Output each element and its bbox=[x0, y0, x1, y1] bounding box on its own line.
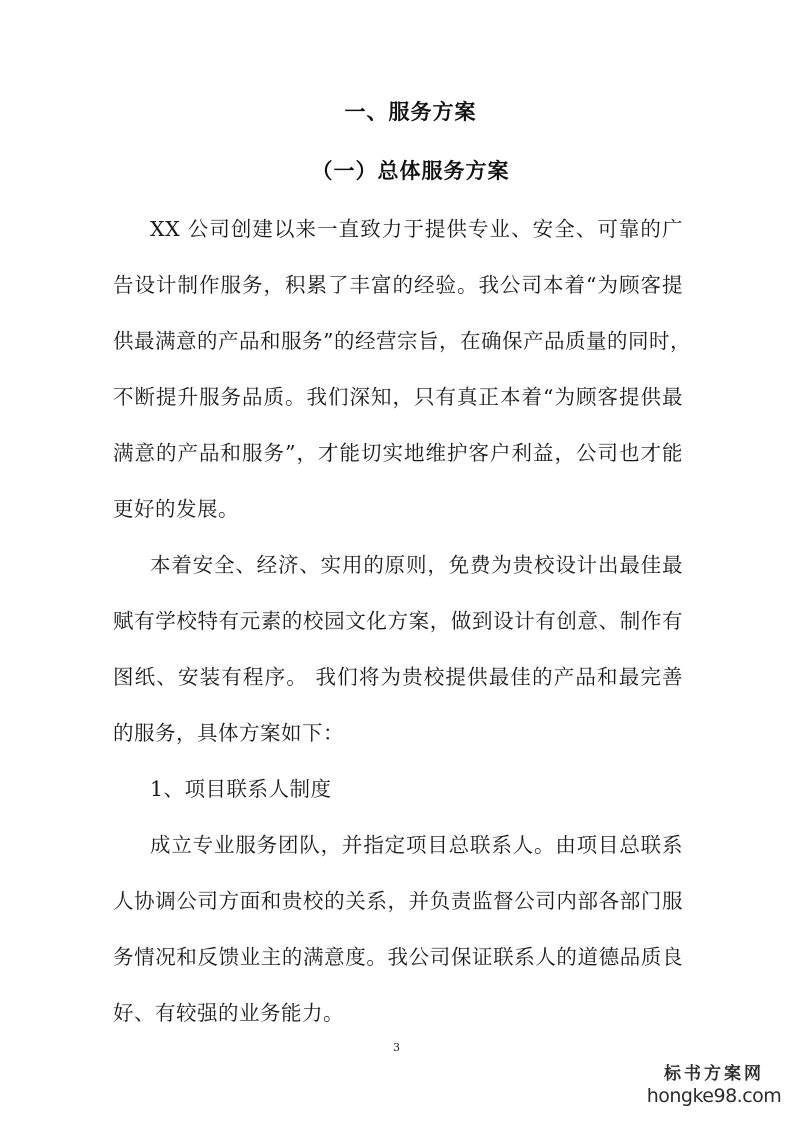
watermark-url: hongke98.com bbox=[644, 1087, 784, 1106]
paragraph-3-line-4: 好、有较强的业务能力。 bbox=[113, 999, 683, 1027]
document-page: 一、服务方案 （一）总体服务方案 XX 公司创建以来一直致力于提供专业、安全、可… bbox=[0, 0, 793, 1122]
paragraph-1-line-2: 告设计制作服务，积累了丰富的经验。我公司本着“为顾客提 bbox=[113, 271, 683, 299]
watermark: 标书方案网 hongke98.com bbox=[644, 1066, 784, 1106]
section-heading: 一、服务方案 bbox=[14, 96, 793, 126]
paragraph-1-line-6: 更好的发展。 bbox=[113, 495, 683, 523]
paragraph-1-line-1: XX 公司创建以来一直致力于提供专业、安全、可靠的广 bbox=[150, 215, 683, 243]
paragraph-2-line-1: 本着安全、经济、实用的原则，免费为贵校设计出最佳最 bbox=[150, 551, 683, 579]
paragraph-1-line-5: 满意的产品和服务”，才能切实地维护客户利益，公司也才能 bbox=[113, 439, 683, 467]
paragraph-3-line-3: 务情况和反馈业主的满意度。我公司保证联系人的道德品质良 bbox=[113, 943, 683, 971]
paragraph-2-line-4: 的服务，具体方案如下： bbox=[113, 719, 683, 747]
paragraph-1-line-3: 供最满意的产品和服务”的经营宗旨，在确保产品质量的同时， bbox=[113, 327, 683, 355]
watermark-chinese: 标书方案网 bbox=[644, 1066, 784, 1083]
subsection-heading: （一）总体服务方案 bbox=[14, 155, 793, 185]
paragraph-3-line-1: 成立专业服务团队，并指定项目总联系人。由项目总联系 bbox=[150, 831, 683, 859]
page-number: 3 bbox=[0, 1041, 793, 1054]
list-item-heading: 1、项目联系人制度 bbox=[150, 775, 683, 803]
paragraph-2-line-2: 赋有学校特有元素的校园文化方案，做到设计有创意、制作有 bbox=[113, 607, 683, 635]
paragraph-2-line-3: 图纸、安装有程序。 我们将为贵校提供最佳的产品和最完善 bbox=[113, 663, 683, 691]
paragraph-3-line-2: 人协调公司方面和贵校的关系，并负责监督公司内部各部门服 bbox=[113, 887, 683, 915]
paragraph-1-line-4: 不断提升服务品质。我们深知，只有真正本着“为顾客提供最 bbox=[113, 383, 683, 411]
